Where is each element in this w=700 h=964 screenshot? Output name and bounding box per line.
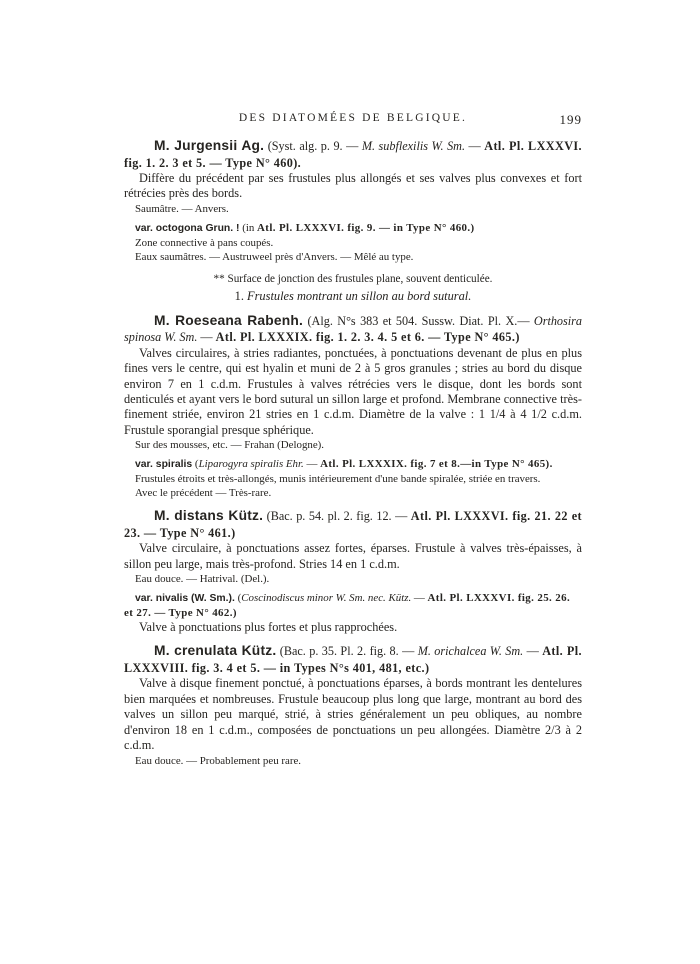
variety-spiralis: var. spiralis (Liparogyra spiralis Ehr. … (124, 457, 582, 472)
habitat-note-roeseana: Sur des mousses, etc. — Frahan (Delogne)… (124, 438, 582, 452)
habitat-note-distans: Eau douce. — Hatrival. (Del.). (124, 572, 582, 586)
subsection-title: 1. Frustules montrant un sillon au bord … (124, 289, 582, 305)
description-crenulata: Valve à disque finement ponctué, à ponct… (124, 676, 582, 753)
description-distans: Valve circulaire, à ponctuations assez f… (124, 541, 582, 572)
species-heading-distans: M. distans Kütz. (Bac. p. 54. pl. 2. fig… (124, 508, 582, 541)
page-number: 199 (560, 112, 583, 128)
habitat-note-spiralis: Avec le précédent — Très-rare. (124, 486, 582, 500)
species-heading-jurgensii: M. Jurgensii Ag. (Syst. alg. p. 9. — M. … (124, 138, 582, 171)
habitat-note-octogona: Eaux saumâtres. — Austruweel près d'Anve… (124, 250, 582, 264)
page-header: DES DIATOMÉES DE BELGIQUE. 199 (124, 112, 582, 129)
variety-nivalis: var. nivalis (W. Sm.). (Coscinodiscus mi… (124, 591, 582, 620)
species-heading-crenulata: M. crenulata Kütz. (Bac. p. 35. Pl. 2. f… (124, 643, 582, 676)
description-jurgensii: Diffère du précédent par ses frustules p… (124, 171, 582, 202)
species-heading-roeseana: M. Roeseana Rabenh. (Alg. N°s 383 et 504… (124, 313, 582, 346)
variety-octogona: var. octogona Grun. ! (in Atl. Pl. LXXXV… (124, 221, 582, 236)
description-spiralis: Frustules étroits et très-allongés, muni… (124, 472, 582, 486)
running-title: DES DIATOMÉES DE BELGIQUE. (124, 112, 582, 124)
note-zone-connective: Zone connective à pans coupés. (124, 236, 582, 250)
description-roeseana: Valves circulaires, à stries radiantes, … (124, 346, 582, 438)
habitat-note-crenulata: Eau douce. — Probablement peu rare. (124, 754, 582, 768)
description-nivalis: Valve à ponctuations plus fortes et plus… (124, 620, 582, 635)
book-page: DES DIATOMÉES DE BELGIQUE. 199 M. Jurgen… (0, 0, 700, 964)
section-note: ** Surface de jonction des frustules pla… (124, 272, 582, 287)
habitat-note-jurgensii: Saumâtre. — Anvers. (124, 202, 582, 216)
